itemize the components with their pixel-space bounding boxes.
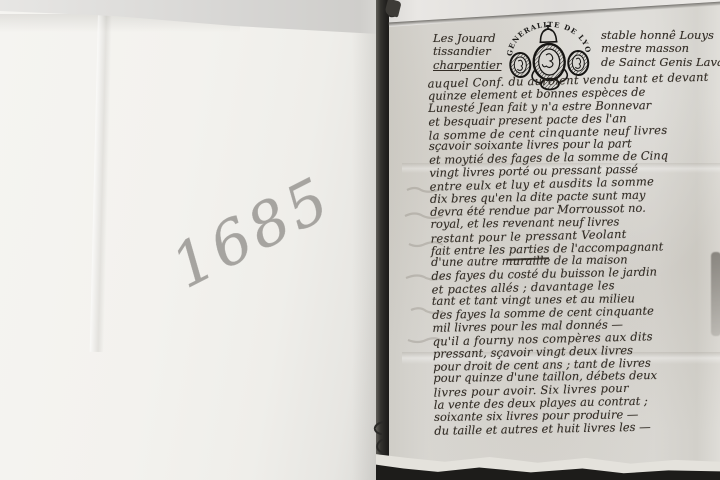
handwritten-line: de Sainct Genis Laval xyxy=(601,56,720,69)
opening-lines-right: stable honnê Louysmestre massonde Sainct… xyxy=(601,29,720,69)
handwritten-line: tissandier xyxy=(433,45,501,58)
page-crease-vertical xyxy=(90,0,113,352)
handwritten-line: stable honnê Louys xyxy=(601,29,720,42)
book-spine xyxy=(376,0,389,480)
handwritten-line: mestre masson xyxy=(601,42,720,55)
opening-lines-left: Les Jouardtissandiercharpentier xyxy=(433,32,501,72)
manuscript-book: GENERALITE DE LYON xyxy=(376,0,720,480)
blank-verso-page: 1685 xyxy=(0,0,378,480)
page-crease-horizontal xyxy=(0,14,240,40)
pencil-year-annotation: 1685 xyxy=(147,143,357,323)
archival-photo: 1685 xyxy=(0,0,720,480)
stamp-right-shield xyxy=(568,51,589,76)
handwritten-line: charpentier xyxy=(433,59,501,72)
manuscript-page: GENERALITE DE LYON xyxy=(389,0,720,480)
handwritten-line: Les Jouard xyxy=(433,32,501,45)
handwritten-text-block: auquel Conf. du auroient vendu tant et d… xyxy=(428,71,720,438)
